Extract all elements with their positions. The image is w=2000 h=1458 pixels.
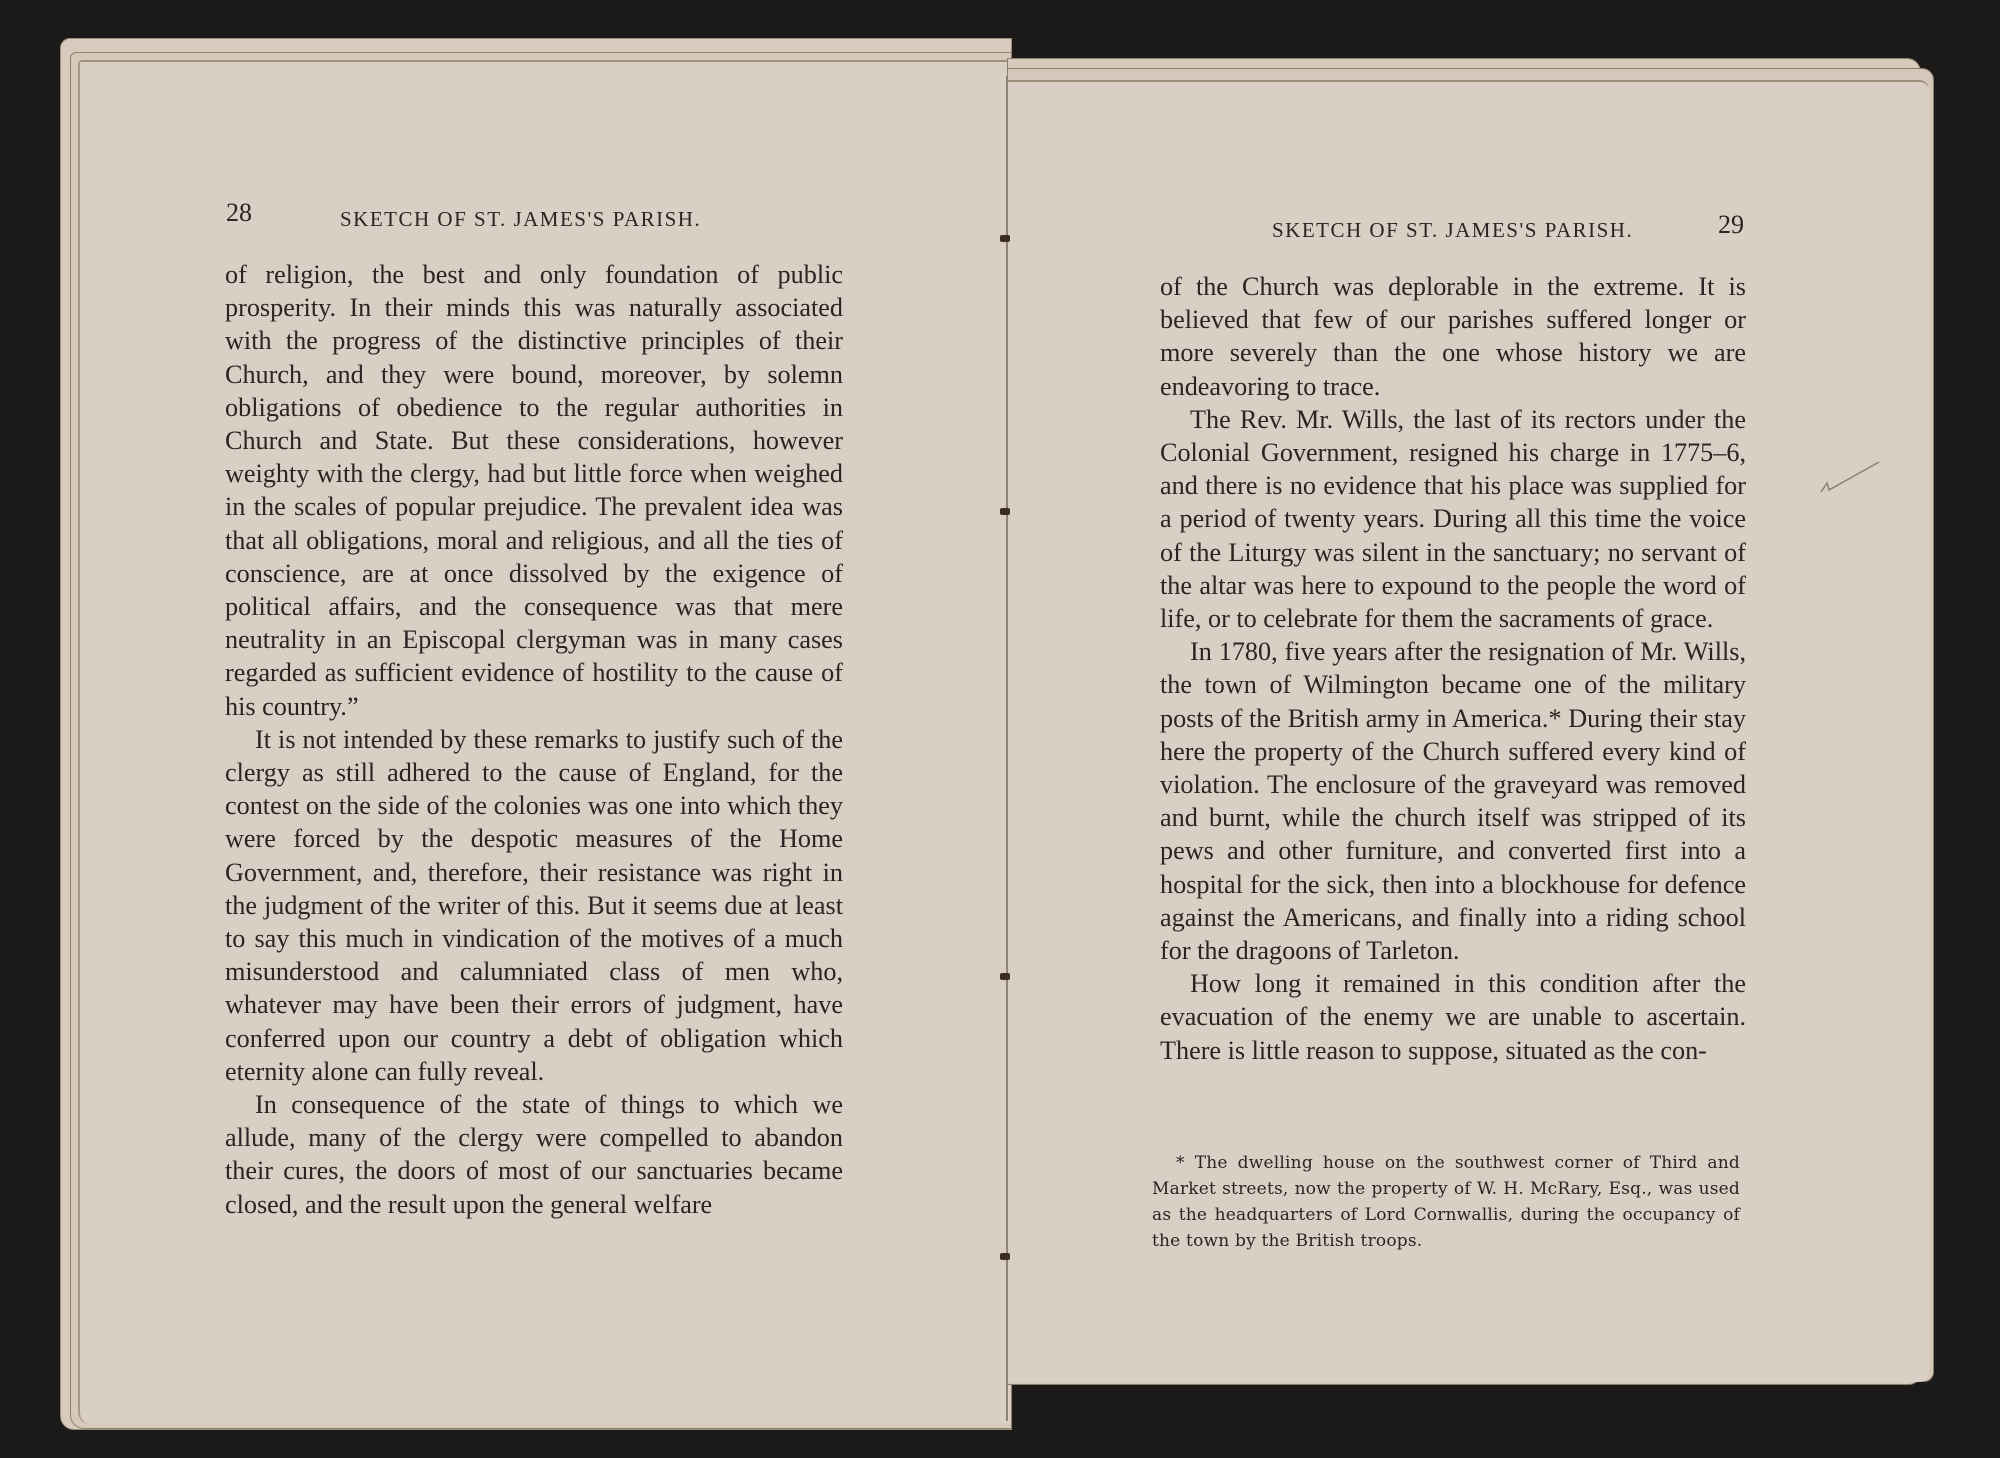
left-page-body: of religion, the best and only foundatio… [225, 258, 843, 1221]
binding-stitch-icon [1000, 973, 1010, 980]
running-header-left: SKETCH OF ST. JAMES'S PARISH. [340, 207, 701, 232]
paragraph: of the Church was deplorable in the extr… [1160, 270, 1746, 403]
paragraph: How long it remained in this condition a… [1160, 967, 1746, 1067]
paragraph: It is not intended by these remarks to j… [225, 723, 843, 1088]
paragraph: The Rev. Mr. Wills, the last of its rect… [1160, 403, 1746, 635]
pencil-mark-icon [1815, 450, 1895, 510]
binding-stitch-icon [1000, 235, 1010, 242]
footnote: * The dwelling house on the southwest co… [1152, 1150, 1740, 1254]
running-header-right: SKETCH OF ST. JAMES'S PARISH. [1272, 218, 1633, 243]
book-spine-gutter [1006, 76, 1008, 1421]
binding-stitch-icon [1000, 508, 1010, 515]
footnote-text: * The dwelling house on the southwest co… [1152, 1150, 1740, 1254]
page-number-left: 28 [226, 198, 252, 228]
binding-stitch-icon [1000, 1253, 1010, 1260]
right-page-body: of the Church was deplorable in the extr… [1160, 270, 1746, 1067]
paragraph: In consequence of the state of things to… [225, 1088, 843, 1221]
paragraph: of religion, the best and only foundatio… [225, 258, 843, 723]
paragraph: In 1780, five years after the resignatio… [1160, 635, 1746, 967]
page-number-right: 29 [1718, 210, 1744, 240]
